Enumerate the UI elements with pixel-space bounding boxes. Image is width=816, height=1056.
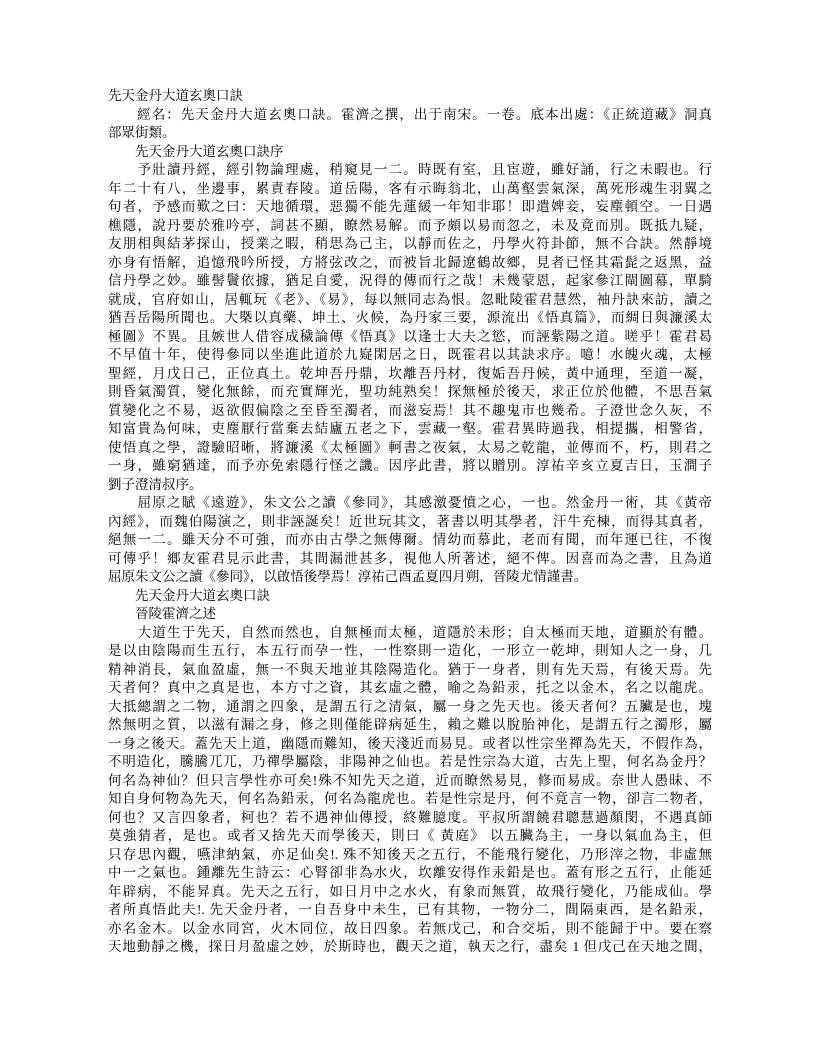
text-line: 內經》，而魏伯陽演之，則非誣誕矣！近世玩其文，著書以明其學者，汗牛充棟，而得其真… — [108, 513, 712, 532]
text-line: 就成，官府如山，居輒玩《老》、《易》，每以無同志為恨。忽毗陵霍君慧然，袖丹訣來訪… — [108, 291, 712, 310]
text-line: 經名：先天金丹大道玄奧口訣。霍濟之撰，出于南宋。一卷。底本出處：《正統道藏》洞真 — [108, 106, 712, 125]
text-line: 者所真悟此夫!. 先天金丹者，一自吾身中未生，已有其物，一物分二，間隔東西，是名… — [108, 901, 712, 920]
text-line: 句者，予感而歎之曰：天地循環，惡獨不能先蓮緩一年知非耶！即遣婢妾，妄塵頓空。一日… — [108, 198, 712, 217]
text-line: 樵隱，說丹要於雅吟亭，詞甚不顯，瞭然易解。而予頗以易而忽之，未及竟而別。既抵九疑… — [108, 217, 712, 236]
text-line: 年辟病，不能昇真。先天之五行，如日月中之水火，有象而無質，故飛行變化，乃能成仙。… — [108, 883, 712, 902]
text-line: 知富貴為何味，吏塵厭行當棄去結廬五老之下，雲藏一壑。霍君異時過我，相提攜，相警省… — [108, 420, 712, 439]
text-line: 何也？又言四象者，柯也？若不遇神仙傳授，終難臆度。平叔所謂饒君聰慧過顏閔，不遇真… — [108, 809, 712, 828]
text-line: 知自身何物為先天，何名為鉛汞，何名為龍虎也。若是性宗是丹，何不竟言一物，卻言二物… — [108, 790, 712, 809]
text-line: 友朋相與結茅探山，授業之暇，稍思為己主，以靜而佐之，丹學火符卦節，無不合訣。然靜… — [108, 235, 712, 254]
text-line: 不早值十年，使得參同以坐進此道於九嶷閑居之日，既霍君以其訣求序。噫！水魄火魂，太… — [108, 346, 712, 365]
text-line: 大道生于先天，自然而然也，自無極而太極，道隱於未形；自太極而天地，道顯於有體。 — [108, 624, 712, 643]
text-line: 極圖》不異。且嫉世人借容成穢論傳《悟真》以逢士大夫之慾，而誣紫陽之道。嗟乎！霍君… — [108, 328, 712, 347]
text-line: 是以由陰陽而生五行，本五行而孕一性，一性察則一造化，一形立一乾坤，則知人之一身，… — [108, 642, 712, 661]
text-line: 絕無一二。雖天分不可強，而亦由古學之無傳爾。情幼而慕此，老而有聞，而年運已往，不… — [108, 531, 712, 550]
text-line: 予壯讀丹經，經引物論理處，稍窺見一二。時既有室，且宦遊，雖好誦，行之未暇也。行 — [108, 161, 712, 180]
text-line: 天地動靜之機，探日月盈虛之妙，於斯時也，觀天之道，執天之行，盡矣 1 但戊己在天… — [108, 938, 712, 957]
text-line: 先天金丹大道玄奧口訣 — [108, 87, 712, 106]
text-line: 何名為神仙？但只言學性亦可矣!殊不知先天之道，近而瞭然易見，修而易成。奈世人愚昧… — [108, 772, 712, 791]
text-line: 一身之後天。蓋先天上道，幽隱而難知，後天淺近而易見。或者以性宗坐禪為先天，不假作… — [108, 735, 712, 754]
text-line: 莫強猜者，是也。或者又捨先天而學後天，則曰《 黃庭》 以五臟為主，一身以氣血為主… — [108, 827, 712, 846]
text-line: 然無明之質，以滋有漏之身，修之則僅能辟病延生，賴之難以脫胎神化，是謂五行之濁形，… — [108, 716, 712, 735]
text-line: 可傳乎！鄉友霍君見示此書，其間漏泄甚多，視他人所著述，絕不俾。因喜而為之書，且為… — [108, 550, 712, 569]
text-line: 先天金丹大道玄奧口訣序 — [108, 143, 712, 162]
text-line: 亦名金木。以金水同宮，火木同位，故日四象。若無戊己，和合交垢，則不能歸于中。要在… — [108, 920, 712, 939]
text-line: 大抵總謂之二物，通謂之四象，是謂五行之清氣，屬一身之先天也。後天者何？五臟是也，… — [108, 698, 712, 717]
text-line: 猶吾岳陽所聞也。大槩以真藥、坤土、火候，為丹家三要，源流出《悟真篇》，而綢日與濂… — [108, 309, 712, 328]
text-line: 一身，雖窮猶達，而予亦免索隱行怪之譏。因序此書，將以贈別。淳祐辛亥立夏吉日，玉澗… — [108, 457, 712, 476]
text-line: 屈原朱文公之讀《參同》，以啟悟後學焉！淳祐己酉孟夏四月朔，晉陵尤情謹書。 — [108, 568, 712, 587]
text-line: 亦身有悟解，追憶飛吟所授，方將弦改之，而被旨北歸遼鶴故鄉，見者已怪其霜髭之返黑，… — [108, 254, 712, 273]
text-line: 年二十有八，坐邊事，累責春陵。道岳陽，客有示晦翁北，山萬壑雲氣深，萬死形魂生羽翼… — [108, 180, 712, 199]
text-line: 中一之氣也。鍾離先生詩云：心腎卻非為水火，坎離安得作汞鉛是也。蓋有形之五行，止能… — [108, 864, 712, 883]
text-line: 只存思內觀，嚥津納氣，亦足仙矣!. 殊不知後天之五行，不能飛行變化，乃形滓之物，… — [108, 846, 712, 865]
text-line: 質變化之不易，返欲假偏陰之至昏至濁者，而滋妄焉！其不趣鬼市也幾希。子澄世念久灰，… — [108, 402, 712, 421]
text-line: 劉子澄清叔序。 — [108, 476, 712, 495]
text-line: 使悟真之學，證驗昭晰，將濂溪《太極圖》軻書之夜氣，太易之乾龍，並傳而不，朽，則君… — [108, 439, 712, 458]
document-body: 先天金丹大道玄奧口訣 經名：先天金丹大道玄奧口訣。霍濟之撰，出于南宋。一卷。底本… — [108, 87, 712, 957]
text-line: 信丹學之妙。雖髻鬢依據，猶足自愛，況得的傳而行之哉！未幾蒙恩，起家參江閘圖幕，單… — [108, 272, 712, 291]
text-line: 不明造化，騰騰兀兀，乃禪學屬陰，非陽神之仙也。若是性宗為大道，古先上聖，何名為金… — [108, 753, 712, 772]
text-line: 屈原之賦《遠遊》，朱文公之讀《參同》，其感激憂憤之心，一也。然金丹一術，其《黃帝 — [108, 494, 712, 513]
text-line: 則昏氣濁質，變化無餘，而充實輝光，聖功純熟矣！探無極於後天，求正位於他體，不思吾… — [108, 383, 712, 402]
document-page: 先天金丹大道玄奧口訣 經名：先天金丹大道玄奧口訣。霍濟之撰，出于南宋。一卷。底本… — [0, 0, 816, 1056]
text-line: 天者何？真中之真是也，本方寸之資，其玄虛之體，喻之為鉛汞，托之以金木，名之以龍虎… — [108, 679, 712, 698]
text-line: 精神消長，氣血盈虛，無一不與天地並其陰陽造化。猶于一身者，則有先天焉，有後天焉。… — [108, 661, 712, 680]
text-line: 部眾街類。 — [108, 124, 712, 143]
text-line: 晉陵霍濟之述 — [108, 605, 712, 624]
text-line: 先天金丹大道玄奧口訣 — [108, 587, 712, 606]
text-line: 聖經，月戊日己，正位真土。乾坤吾丹鼎，坎離吾丹材，復姤吾丹候，黃中通理，至道一凝… — [108, 365, 712, 384]
